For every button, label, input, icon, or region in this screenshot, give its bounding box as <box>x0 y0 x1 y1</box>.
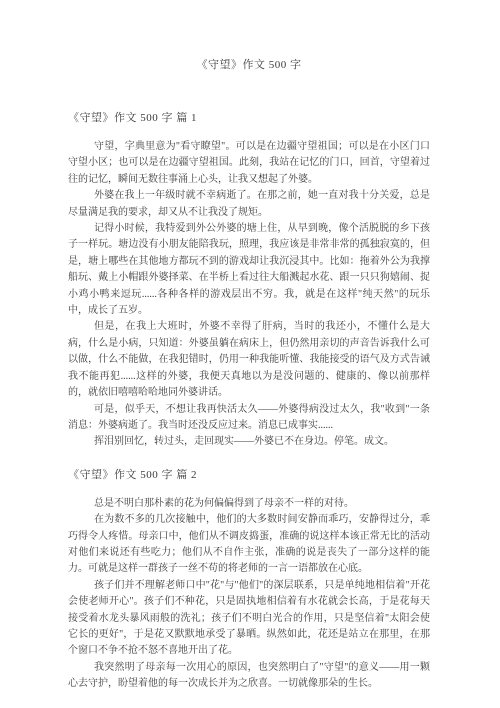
document-page: 《守望》作文 500 字 《守望》作文 500 字 篇 1 守望，字典里意为"看… <box>0 0 500 708</box>
paragraph: 外婆在我上一年级时就不幸病逝了。在那之前，她一直对我十分关爱，总是尽量满足我的要… <box>68 188 430 221</box>
essay-section-1: 《守望》作文 500 字 篇 1 守望，字典里意为"看守瞭望"。可以是在边疆守望… <box>68 110 430 451</box>
paragraph: 我突然明了母亲每一次用心的原因，也突然明白了"守望"的意义——用一颗心去守护，盼… <box>68 660 430 693</box>
paragraph: 孩子们并不理解老师口中"花"与"他们"的深层联系，只是单纯地相信着"开花会使老师… <box>68 578 430 660</box>
paragraph: 可是，似乎天，不想让我再快活太久——外婆得病没过太久，我"收到"一条消息：外婆病… <box>68 402 430 435</box>
paragraph: 在为数不多的几次接触中，他们的大多数时间安静而乖巧，安静得过分，乖巧得令人疼惜。… <box>68 512 430 578</box>
section-heading-1: 《守望》作文 500 字 篇 1 <box>68 110 430 126</box>
essay-section-2: 《守望》作文 500 字 篇 2 总是不明白那朴素的花为何偏偏得到了母亲不一样的… <box>68 467 430 693</box>
section-heading-2: 《守望》作文 500 字 篇 2 <box>68 467 430 483</box>
paragraph: 记得小时候，我特爱到外公外婆的塘上住，从早到晚，像个活脱脱的乡下孩子一样玩。塘边… <box>68 221 430 319</box>
paragraph: 但是，在我上大班时，外婆不幸得了肝病，当时的我还小，不懂什么是大病，什么是小病，… <box>68 319 430 401</box>
doc-title: 《守望》作文 500 字 <box>68 57 430 73</box>
paragraph: 守望，字典里意为"看守瞭望"。可以是在边疆守望祖国；可以是在小区门口守望小区；也… <box>68 139 430 188</box>
paragraph: 挥泪别回忆，转过头，走回现实——外婆已不在身边。停笔。成文。 <box>68 434 430 450</box>
paragraph: 总是不明白那朴素的花为何偏偏得到了母亲不一样的对待。 <box>68 496 430 512</box>
